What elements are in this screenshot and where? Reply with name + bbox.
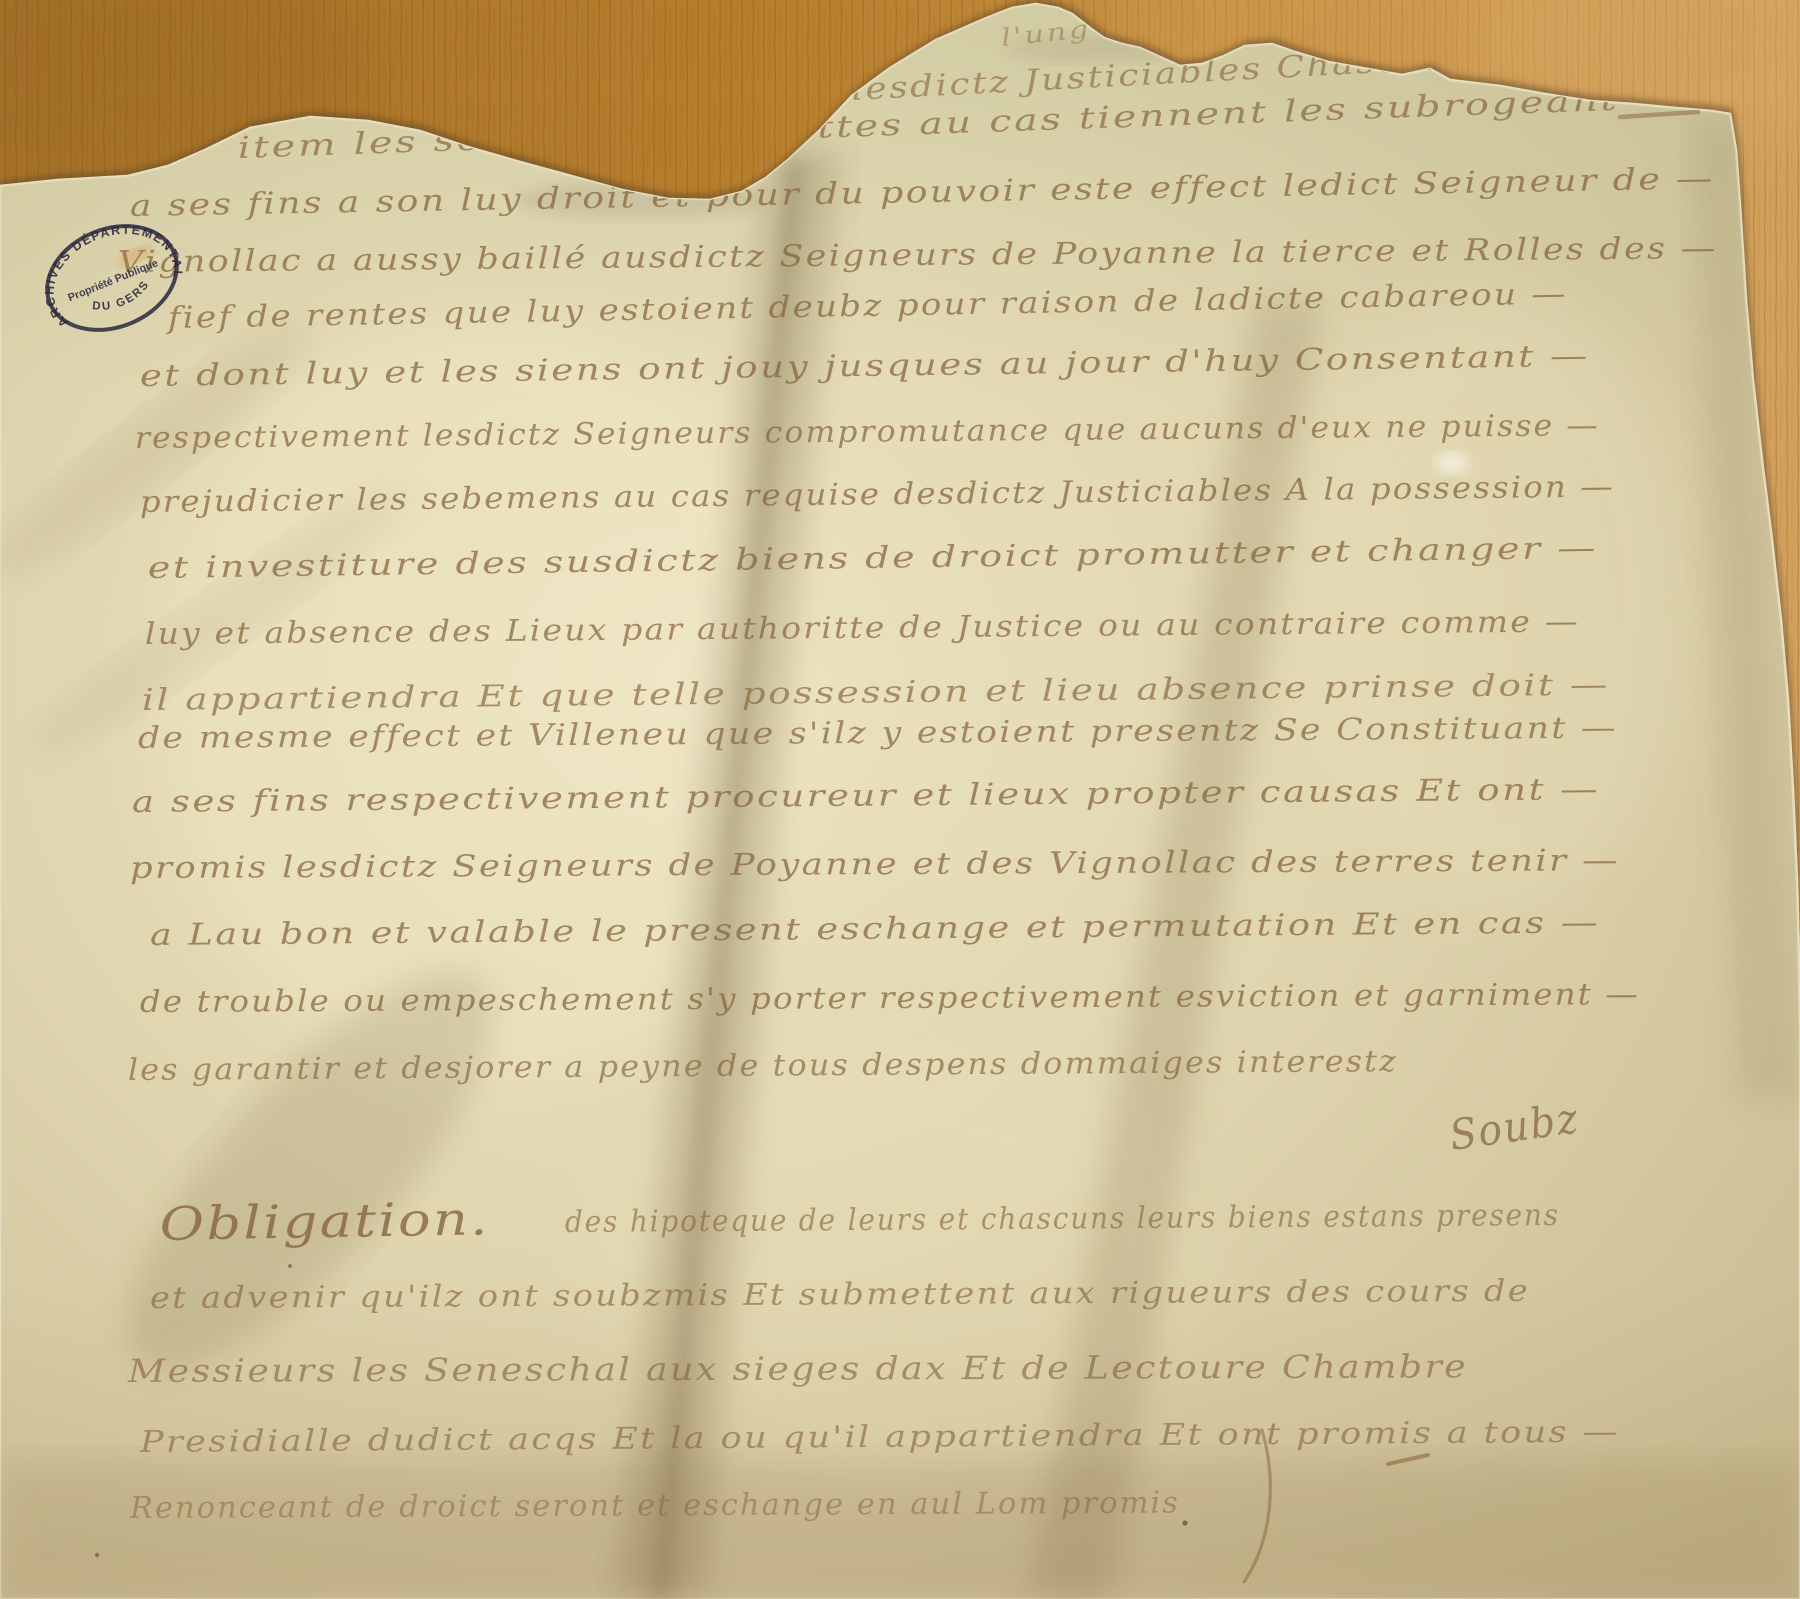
manuscript-photo: l'unglesdictz Justiciables Chascunitem l… bbox=[0, 0, 1800, 1599]
photograph-of-parchment: l'unglesdictz Justiciables Chascunitem l… bbox=[0, 0, 1800, 1599]
dark-speck bbox=[1182, 1520, 1187, 1525]
manuscript-line-20: Obligation. bbox=[159, 1191, 490, 1251]
manuscript-line-22: et advenir qu'ilz ont soubzmis Et submet… bbox=[150, 1274, 1530, 1316]
manuscript-line-21: des hipoteque de leurs et chascuns leurs… bbox=[565, 1198, 1560, 1240]
dark-speck bbox=[288, 1264, 292, 1268]
manuscript-line-23: Messieurs les Seneschal aux sieges dax E… bbox=[127, 1347, 1468, 1390]
manuscript-line-25: Renonceant de droict seront et eschange … bbox=[129, 1486, 1180, 1527]
dark-speck bbox=[95, 1553, 99, 1557]
